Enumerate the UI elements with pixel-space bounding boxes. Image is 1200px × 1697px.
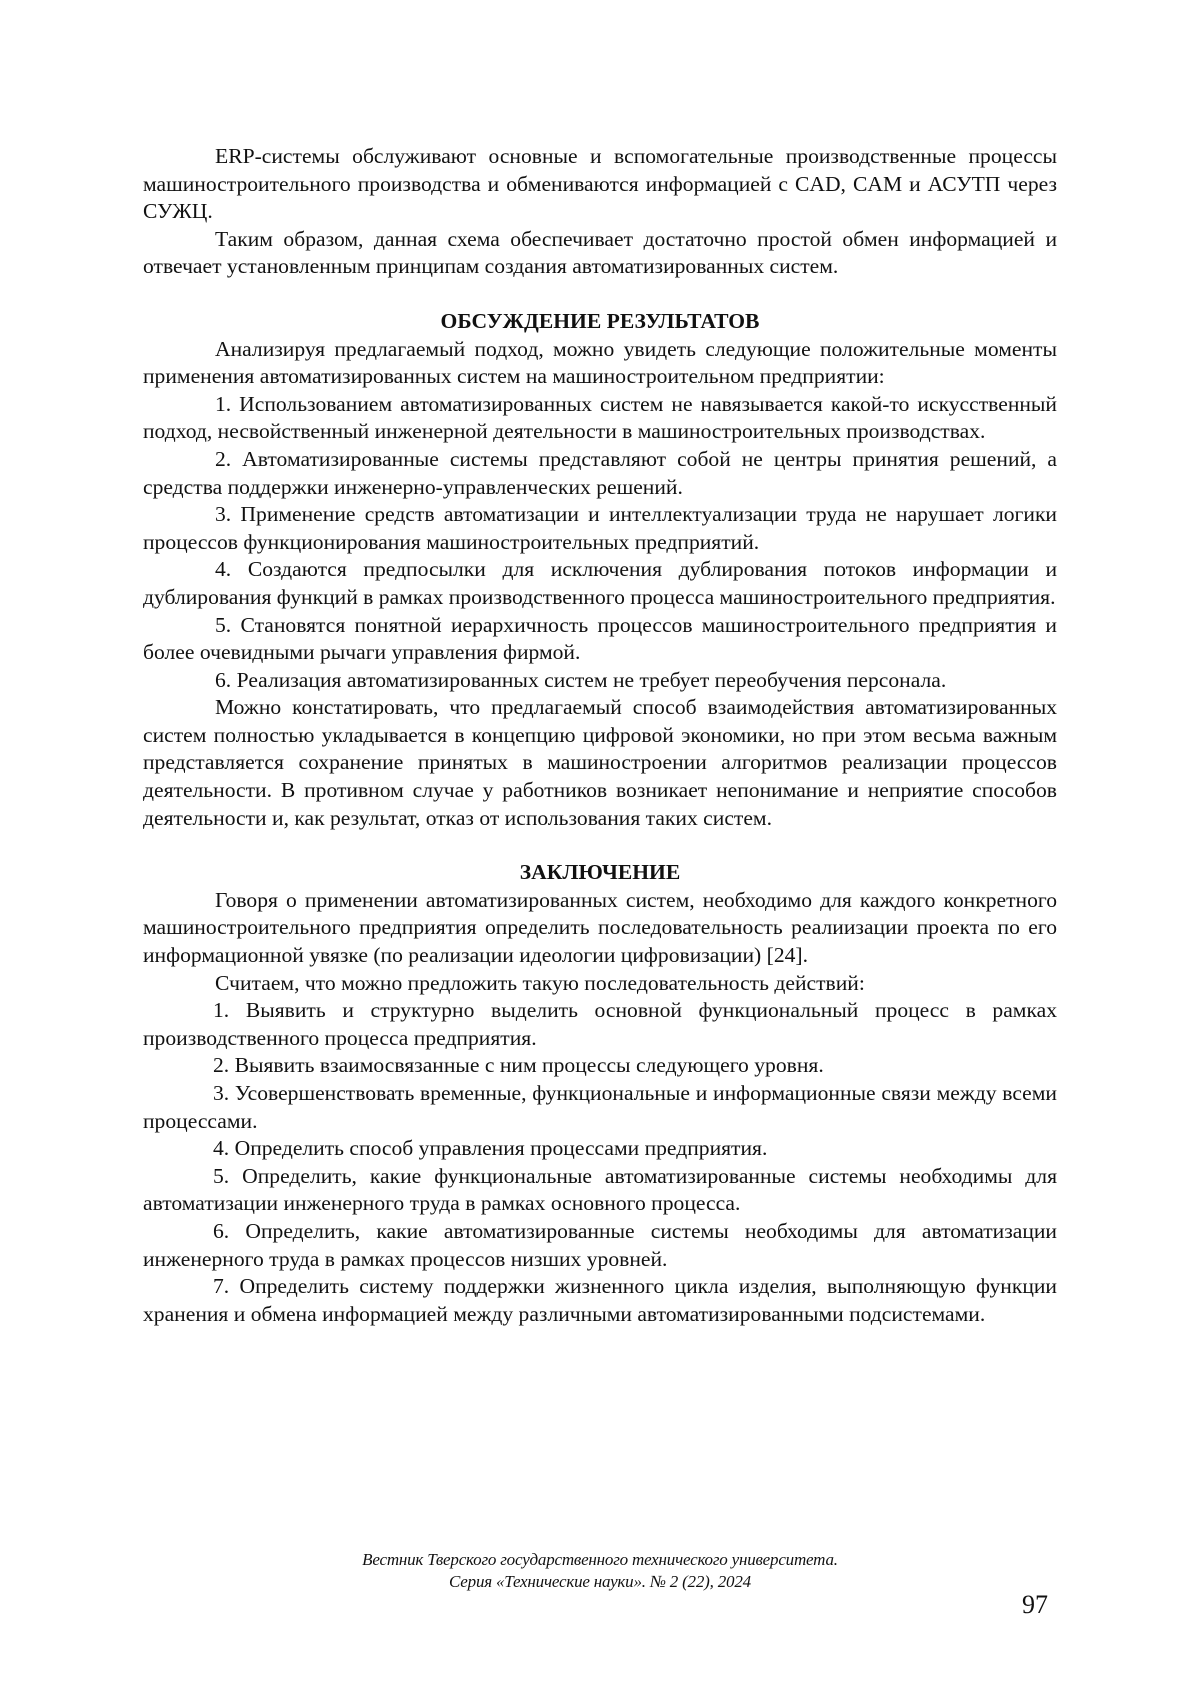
list-item: 6. Определить, какие автоматизированные … xyxy=(143,1218,1057,1273)
paragraph-discussion-lead: Анализируя предлагаемый подход, можно ув… xyxy=(143,336,1057,391)
spacer xyxy=(143,281,1057,308)
list-item: 7. Определить систему поддержки жизненно… xyxy=(143,1273,1057,1328)
list-item: 6. Реализация автоматизированных систем … xyxy=(143,667,1057,695)
list-item: 4. Определить способ управления процесса… xyxy=(143,1135,1057,1163)
list-item: 5. Определить, какие функциональные авто… xyxy=(143,1163,1057,1218)
list-item: 3. Усовершенствовать временные, функцион… xyxy=(143,1080,1057,1135)
paragraph-erp-systems: ERP-системы обслуживают основные и вспом… xyxy=(143,143,1057,226)
journal-series-issue: Серия «Технические науки». № 2 (22), 202… xyxy=(0,1571,1200,1593)
list-item: 5. Становятся понятной иерархичность про… xyxy=(143,612,1057,667)
paragraph-discussion-closing: Можно констатировать, что предлагаемый с… xyxy=(143,694,1057,832)
spacer xyxy=(143,832,1057,859)
paragraph-summary: Таким образом, данная схема обеспечивает… xyxy=(143,226,1057,281)
paragraph-conclusion-lead: Говоря о применении автоматизированных с… xyxy=(143,887,1057,970)
journal-title: Вестник Тверского государственного техни… xyxy=(0,1549,1200,1571)
journal-footer: Вестник Тверского государственного техни… xyxy=(0,1549,1200,1593)
list-item: 2. Выявить взаимосвязанные с ним процесс… xyxy=(143,1052,1057,1080)
list-item: 1. Использованием автоматизированных сис… xyxy=(143,391,1057,446)
paragraph-sequence-intro: Считаем, что можно предложить такую посл… xyxy=(143,970,1057,998)
list-item: 3. Применение средств автоматизации и ин… xyxy=(143,501,1057,556)
list-item: 2. Автоматизированные системы представля… xyxy=(143,446,1057,501)
list-item: 1. Выявить и структурно выделить основно… xyxy=(143,997,1057,1052)
page-number: 97 xyxy=(1022,1590,1048,1620)
section-heading-discussion: ОБСУЖДЕНИЕ РЕЗУЛЬТАТОВ xyxy=(143,308,1057,336)
list-item: 4. Создаются предпосылки для исключения … xyxy=(143,556,1057,611)
article-body: ERP-системы обслуживают основные и вспом… xyxy=(143,143,1057,1328)
section-heading-conclusion: ЗАКЛЮЧЕНИЕ xyxy=(143,859,1057,887)
